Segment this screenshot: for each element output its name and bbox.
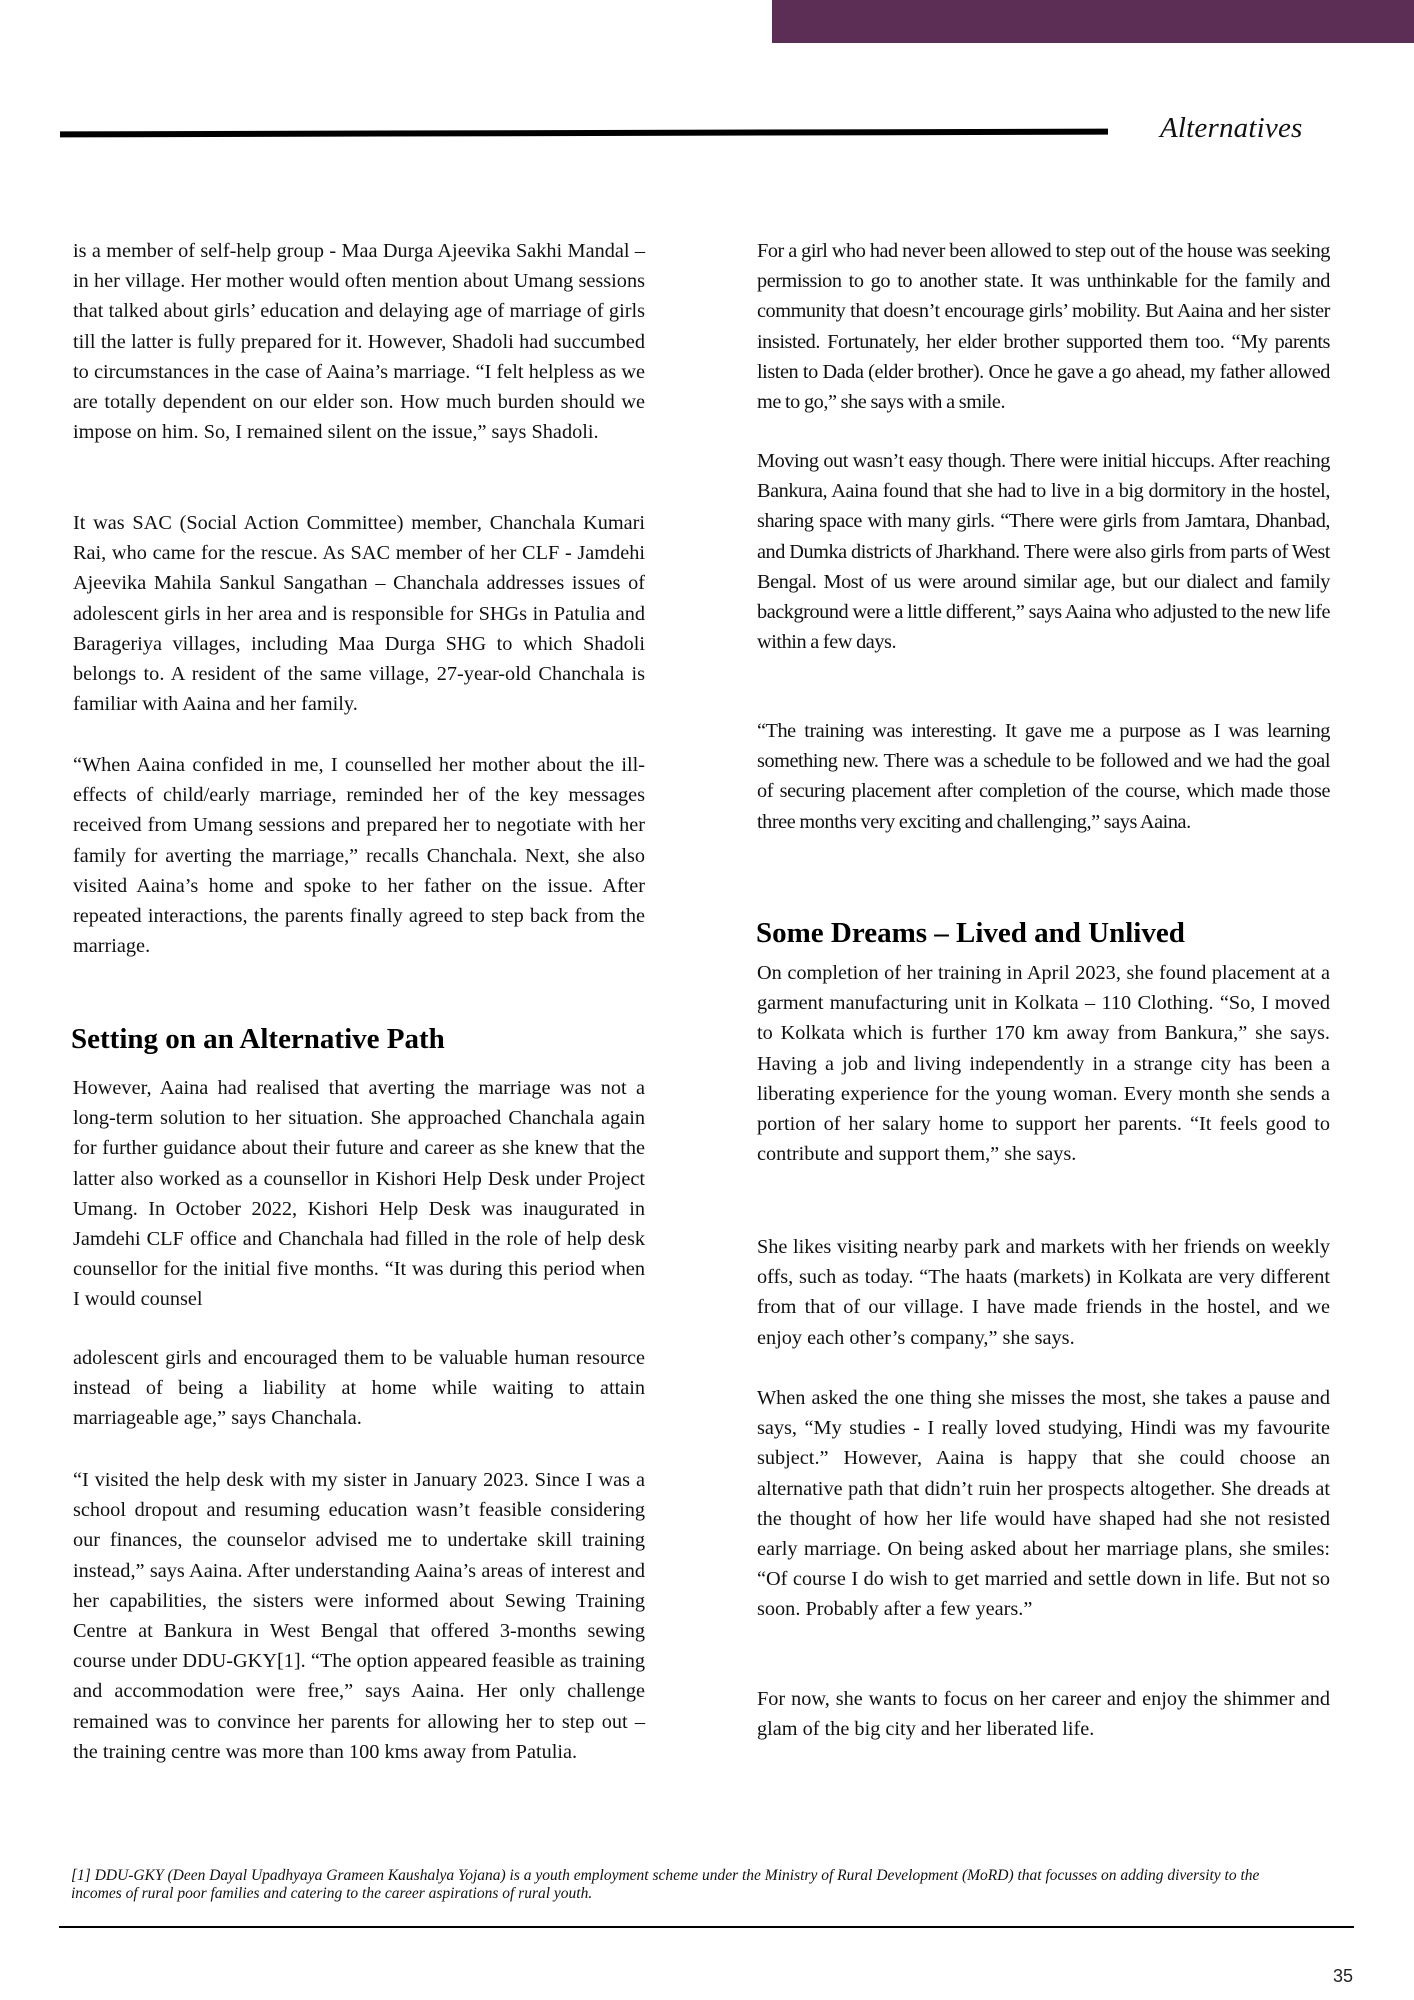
left-paragraph-5: adolescent girls and encouraged them to … <box>73 1343 645 1434</box>
right-paragraph-5: She likes visiting nearby park and marke… <box>757 1232 1330 1353</box>
right-paragraph-7: For now, she wants to focus on her caree… <box>757 1684 1330 1744</box>
right-paragraph-1: For a girl who had never been allowed to… <box>757 236 1330 417</box>
left-paragraph-4: However, Aaina had realised that avertin… <box>73 1073 645 1315</box>
left-paragraph-6: “I visited the help desk with my sister … <box>73 1465 645 1767</box>
footer-rule <box>59 1926 1354 1928</box>
right-paragraph-4: On completion of her training in April 2… <box>757 958 1330 1169</box>
section-heading-some-dreams: Some Dreams – Lived and Unlived <box>756 916 1185 950</box>
paragraph: When asked the one thing she misses the … <box>757 1383 1330 1625</box>
paragraph: Moving out wasn’t easy though. There wer… <box>757 446 1330 657</box>
paragraph: On completion of her training in April 2… <box>757 958 1330 1169</box>
paragraph: is a member of self-help group - Maa Dur… <box>73 236 645 447</box>
paragraph: “The training was interesting. It gave m… <box>757 716 1330 837</box>
paragraph: adolescent girls and encouraged them to … <box>73 1343 645 1434</box>
section-title: Alternatives <box>1160 112 1303 145</box>
paragraph: “When Aaina confided in me, I counselled… <box>73 750 645 961</box>
right-paragraph-2: Moving out wasn’t easy though. There wer… <box>757 446 1330 657</box>
header-rule <box>60 129 1108 138</box>
paragraph: It was SAC (Social Action Committee) mem… <box>73 508 645 719</box>
right-paragraph-3: “The training was interesting. It gave m… <box>757 716 1330 837</box>
header-color-band <box>772 0 1414 43</box>
paragraph: For a girl who had never been allowed to… <box>757 236 1330 417</box>
paragraph: “I visited the help desk with my sister … <box>73 1465 645 1767</box>
paragraph: However, Aaina had realised that avertin… <box>73 1073 645 1315</box>
left-paragraph-3: “When Aaina confided in me, I counselled… <box>73 750 645 961</box>
page-number: 35 <box>1333 1966 1353 1987</box>
section-heading-alternative-path: Setting on an Alternative Path <box>71 1022 445 1056</box>
left-paragraph-2: It was SAC (Social Action Committee) mem… <box>73 508 645 719</box>
left-paragraph-1: is a member of self-help group - Maa Dur… <box>73 236 645 447</box>
paragraph: She likes visiting nearby park and marke… <box>757 1232 1330 1353</box>
paragraph: For now, she wants to focus on her caree… <box>757 1684 1330 1744</box>
footnote: [1] DDU-GKY (Deen Dayal Upadhyaya Gramee… <box>71 1867 1301 1903</box>
right-paragraph-6: When asked the one thing she misses the … <box>757 1383 1330 1625</box>
